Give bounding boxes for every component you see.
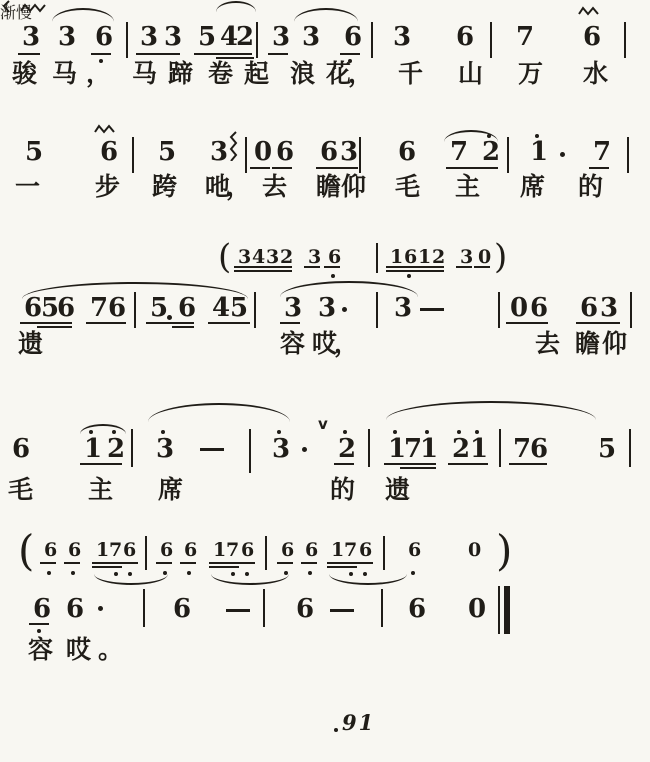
barline: [381, 589, 383, 627]
beam-underline: [86, 322, 126, 324]
lyric-char: 一: [15, 174, 40, 199]
grace-note-digit: 2: [432, 248, 445, 267]
barline: [371, 22, 373, 58]
grace-note-digit: 3: [460, 248, 473, 267]
lyric-char: 遗: [385, 477, 410, 502]
breath-mark: v: [318, 417, 328, 432]
beam-underline: [277, 562, 293, 564]
mordent-icon: [578, 6, 602, 16]
note-digit: 2: [482, 139, 500, 165]
note-digit: 5: [158, 139, 176, 165]
beam-underline: [40, 562, 56, 564]
note-digit: 6: [530, 436, 548, 462]
beam-underline: [64, 562, 80, 564]
beam-underline: [589, 167, 609, 169]
barline: [498, 292, 500, 328]
barline: [629, 429, 631, 467]
beam-underline: [18, 53, 40, 55]
note-digit: 3: [394, 295, 412, 321]
lyric-char: 瞻: [316, 174, 341, 199]
beam-underline: [324, 266, 340, 268]
glissando-icon: [2, 0, 11, 14]
grace-note-digit: 0: [468, 541, 481, 560]
grace-note-digit: 2: [280, 248, 293, 267]
beam-underline: [250, 167, 270, 169]
barline: [624, 22, 626, 58]
note-digit: 6: [276, 139, 294, 165]
note-digit: 5: [150, 295, 168, 321]
note-digit: 6: [100, 139, 118, 165]
octave-dot: [425, 430, 429, 434]
grace-phrase-paren: (: [18, 530, 34, 572]
note-digit: 6: [66, 596, 84, 622]
mordent-icon: [94, 124, 118, 134]
lyric-char: 浪: [290, 61, 315, 86]
octave-dot: [407, 274, 411, 278]
barline: [265, 536, 267, 570]
grace-note-digit: 6: [184, 541, 197, 560]
beam-underline: [301, 562, 317, 564]
lyric-char: 万: [518, 61, 543, 86]
octave-dot: [71, 571, 75, 575]
lyric-char: 仰: [602, 331, 627, 356]
note-digit: 2: [452, 436, 470, 462]
beam-underline: [327, 562, 373, 564]
barline: [376, 292, 378, 328]
note-digit: 7: [513, 436, 531, 462]
slur-arc: [80, 424, 126, 434]
octave-dot: [187, 571, 191, 575]
grace-note-digit: 1: [213, 541, 226, 560]
lyric-char: 哎: [66, 637, 91, 662]
lyric-char: 水: [583, 61, 608, 86]
lyric-char: 。: [98, 637, 123, 662]
final-barline-thick: [504, 586, 510, 634]
beam-underline: [29, 623, 49, 625]
note-digit: 6: [530, 295, 548, 321]
note-digit: 1: [470, 436, 488, 462]
beam-underline: [146, 322, 194, 324]
beam-underline: [234, 270, 292, 272]
lyric-char: 马: [52, 61, 77, 86]
beam-underline: [194, 53, 252, 55]
sheet-music-page: 91 336335423363676骏马，马蹄卷起浪花，千山万水56530663…: [0, 0, 650, 762]
grace-note-digit: 1: [418, 248, 431, 267]
lyric-char: 容: [280, 331, 305, 356]
mordent-icon: [20, 3, 46, 13]
beam-underline: [474, 266, 490, 268]
augmentation-dot: [342, 307, 347, 312]
octave-dot: [411, 571, 415, 575]
note-digit: 6: [583, 24, 601, 50]
lyric-char: 席: [520, 174, 545, 199]
beam-underline: [92, 562, 138, 564]
note-digit: 4: [212, 295, 230, 321]
lyric-char: 千: [398, 61, 423, 86]
barline: [490, 22, 492, 58]
note-digit: 3: [284, 295, 302, 321]
grace-note-digit: 7: [226, 541, 239, 560]
beam-underline: [509, 463, 547, 465]
slur-arc: [386, 401, 596, 420]
note-digit: 7: [516, 24, 534, 50]
barline: [507, 137, 509, 173]
sustain-dash: [226, 609, 250, 612]
note-digit: 3: [22, 24, 40, 50]
lyric-char: 毛: [395, 174, 420, 199]
octave-dot: [37, 629, 41, 633]
note-digit: 0: [254, 139, 272, 165]
grace-phrase-paren: ): [496, 530, 512, 572]
lyric-char: 容: [28, 637, 53, 662]
tie-arc: [211, 574, 289, 585]
note-digit: 6: [408, 596, 426, 622]
note-digit: 2: [236, 24, 254, 50]
note-digit: 6: [580, 295, 598, 321]
lyric-char: 的: [578, 174, 603, 199]
beam-underline: [446, 167, 498, 169]
augmentation-dot: [98, 606, 103, 611]
beam-underline: [400, 467, 436, 469]
note-digit: 6: [456, 24, 474, 50]
note-digit: 3: [318, 295, 336, 321]
note-digit: 5: [598, 436, 616, 462]
lyric-char: 跨: [152, 174, 177, 199]
octave-dot: [161, 430, 165, 434]
beam-underline: [172, 326, 194, 328]
glissando-icon: [229, 131, 238, 161]
note-digit: 1: [420, 436, 438, 462]
lyric-char: 骏: [12, 61, 37, 86]
lyric-char: ，: [86, 61, 111, 86]
lyric-char: 主: [88, 477, 113, 502]
barline: [376, 243, 378, 273]
lyric-char: 蹄: [168, 61, 193, 86]
octave-dot: [343, 430, 347, 434]
lyric-char: ，: [348, 61, 373, 86]
lyric-char: 席: [158, 477, 183, 502]
note-digit: 3: [210, 139, 228, 165]
grace-note-digit: 4: [252, 248, 265, 267]
lyric-char: 山: [458, 61, 483, 86]
beam-underline: [180, 562, 196, 564]
note-digit: 6: [344, 24, 362, 50]
lyric-char: 仰: [341, 174, 366, 199]
note-digit: 6: [57, 295, 75, 321]
note-digit: 3: [393, 24, 411, 50]
grace-phrase-paren: (: [218, 240, 231, 274]
octave-dot: [487, 134, 491, 138]
beam-underline: [272, 167, 292, 169]
lyric-char: 起: [244, 61, 269, 86]
tie-arc: [329, 574, 407, 585]
lyric-char: 的: [330, 477, 355, 502]
grace-phrase-paren: ): [494, 240, 507, 274]
note-digit: 7: [450, 139, 468, 165]
note-digit: 3: [140, 24, 158, 50]
grace-note-digit: 1: [331, 541, 344, 560]
grace-note-digit: 6: [44, 541, 57, 560]
barline: [132, 137, 134, 173]
octave-dot: [457, 430, 461, 434]
beam-underline: [136, 53, 180, 55]
grace-note-digit: 6: [123, 541, 136, 560]
barline: [630, 292, 632, 328]
beam-underline: [304, 266, 320, 268]
beam-underline: [456, 266, 472, 268]
note-digit: 6: [320, 139, 338, 165]
lyric-char: 去: [262, 174, 287, 199]
octave-dot: [331, 274, 335, 278]
octave-dot: [308, 571, 312, 575]
grace-note-digit: 6: [281, 541, 294, 560]
octave-dot: [89, 430, 93, 434]
note-digit: 0: [468, 596, 486, 622]
lyric-char: ，: [226, 174, 251, 199]
grace-note-digit: 7: [109, 541, 122, 560]
grace-note-digit: 3: [266, 248, 279, 267]
lyric-char: 毛: [8, 477, 33, 502]
barline: [254, 292, 256, 328]
lyric-char: 马: [132, 61, 157, 86]
grace-note-digit: 6: [328, 248, 341, 267]
barline: [134, 292, 136, 328]
barline: [368, 429, 370, 467]
beam-underline: [386, 266, 444, 268]
beam-underline: [208, 322, 250, 324]
grace-note-digit: 6: [305, 541, 318, 560]
grace-note-digit: 3: [238, 248, 251, 267]
octave-dot: [277, 430, 281, 434]
note-digit: 6: [108, 295, 126, 321]
lyric-char: 卷: [208, 61, 233, 86]
note-digit: 3: [600, 295, 618, 321]
barline: [143, 589, 145, 627]
octave-dot: [535, 134, 539, 138]
beam-underline: [448, 463, 488, 465]
lyric-char: 步: [95, 174, 120, 199]
beam-underline: [234, 266, 292, 268]
beam-underline: [384, 463, 436, 465]
beam-underline: [20, 322, 72, 324]
barline: [383, 536, 385, 570]
sustain-dash: [200, 448, 224, 451]
barline: [263, 589, 265, 627]
grace-note-digit: 6: [408, 541, 421, 560]
barline: [126, 22, 128, 58]
note-digit: 3: [302, 24, 320, 50]
note-digit: 6: [178, 295, 196, 321]
note-digit: 6: [33, 596, 51, 622]
note-digit: 2: [338, 436, 356, 462]
note-digit: 6: [95, 24, 113, 50]
lyric-char: 去: [535, 331, 560, 356]
note-digit: 5: [25, 139, 43, 165]
barline: [498, 586, 500, 634]
beam-underline: [209, 566, 239, 568]
note-digit: 1: [530, 139, 548, 165]
note-digit: 1: [84, 436, 102, 462]
grace-note-digit: 6: [68, 541, 81, 560]
beam-underline: [280, 322, 300, 324]
augmentation-dot: [167, 315, 172, 320]
grace-note-digit: 1: [390, 248, 403, 267]
page-number: 91: [342, 712, 375, 733]
note-digit: 2: [107, 436, 125, 462]
note-digit: 3: [272, 24, 290, 50]
grace-note-digit: 1: [96, 541, 109, 560]
grace-note-digit: 6: [241, 541, 254, 560]
note-digit: 3: [156, 436, 174, 462]
beam-underline: [91, 53, 111, 55]
barline: [131, 429, 133, 467]
grace-note-digit: 3: [308, 248, 321, 267]
barline: [245, 137, 247, 173]
note-digit: 3: [58, 24, 76, 50]
note-digit: 5: [198, 24, 216, 50]
grace-note-digit: 6: [160, 541, 173, 560]
barline: [256, 22, 258, 58]
note-digit: 7: [593, 139, 611, 165]
barline: [359, 137, 361, 173]
beam-underline: [209, 562, 255, 564]
grace-note-digit: 0: [478, 248, 491, 267]
lyric-char: 瞻: [575, 331, 600, 356]
beam-underline: [506, 322, 548, 324]
beam-underline: [37, 326, 72, 328]
beam-underline: [327, 566, 357, 568]
note-digit: 7: [90, 295, 108, 321]
octave-dot: [334, 728, 338, 732]
beam-underline: [340, 53, 360, 55]
tie-arc: [94, 574, 168, 585]
beam-underline: [268, 53, 288, 55]
augmentation-dot: [302, 447, 307, 452]
augmentation-dot: [560, 152, 565, 157]
barline: [499, 429, 501, 467]
note-digit: 6: [398, 139, 416, 165]
note-digit: 5: [230, 295, 248, 321]
note-digit: 3: [272, 436, 290, 462]
lyric-char: 遗: [18, 331, 43, 356]
grace-note-digit: 6: [359, 541, 372, 560]
barline: [249, 429, 251, 473]
barline: [145, 536, 147, 570]
beam-underline: [92, 566, 122, 568]
note-digit: 6: [24, 295, 42, 321]
grace-note-digit: 6: [404, 248, 417, 267]
lyric-char: ，: [334, 331, 359, 356]
note-digit: 0: [510, 295, 528, 321]
note-digit: 6: [296, 596, 314, 622]
octave-dot: [393, 430, 397, 434]
note-digit: 6: [12, 436, 30, 462]
lyric-char: 主: [455, 174, 480, 199]
sustain-dash: [420, 308, 444, 311]
slur-arc: [148, 403, 290, 422]
note-digit: 3: [340, 139, 358, 165]
barline: [627, 137, 629, 173]
octave-dot: [47, 571, 51, 575]
octave-dot: [475, 430, 479, 434]
beam-underline: [334, 463, 354, 465]
note-digit: 6: [173, 596, 191, 622]
beam-underline: [80, 463, 122, 465]
beam-underline: [156, 562, 172, 564]
beam-underline: [316, 167, 358, 169]
beam-underline: [386, 270, 444, 272]
beam-underline: [576, 322, 620, 324]
grace-note-digit: 7: [344, 541, 357, 560]
note-digit: 3: [164, 24, 182, 50]
sustain-dash: [330, 609, 354, 612]
octave-dot: [112, 430, 116, 434]
